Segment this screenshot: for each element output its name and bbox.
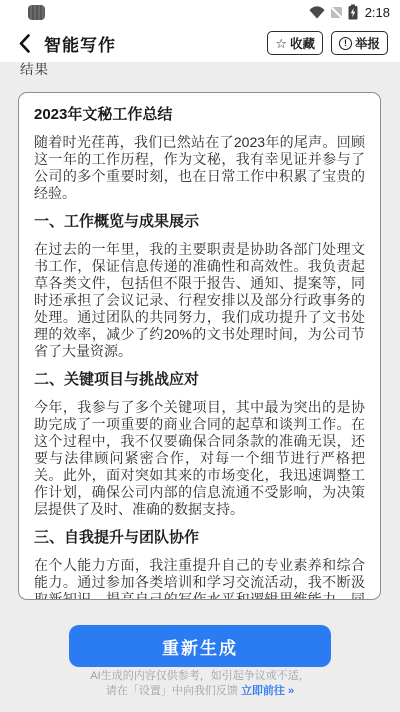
section-heading: 二、关键项目与挑战应对 — [34, 370, 365, 389]
document-title: 2023年文秘工作总结 — [34, 105, 365, 124]
section-heading: 一、工作概览与成果展示 — [34, 212, 365, 231]
status-bar: 2:18 — [0, 0, 400, 24]
nav-header: 智能写作 ☆ 收藏 ! 举报 — [0, 24, 400, 62]
favorite-button-label: 收藏 — [290, 34, 315, 52]
content-area: 结果 2023年文秘工作总结 随着时光荏苒，我们已然站在了2023年的尾声。回顾… — [0, 62, 400, 712]
wifi-icon — [309, 6, 325, 19]
result-section-label: 结果 — [20, 62, 49, 78]
document-paragraph: 在过去的一年里，我的主要职责是协助各部门处理文书工作，保证信息传递的准确性和高效… — [34, 241, 365, 360]
regenerate-button[interactable]: 重新生成 — [69, 625, 331, 667]
section-heading: 三、自我提升与团队协作 — [34, 528, 365, 547]
back-button[interactable] — [12, 31, 36, 55]
battery-charging-icon — [348, 4, 358, 20]
star-icon: ☆ — [275, 37, 287, 50]
disclaimer-line2: 请在「设置」中向我们反馈 立即前往 » — [0, 684, 400, 699]
report-alert-icon: ! — [339, 37, 352, 50]
document-paragraph: 在个人能力方面，我注重提升自己的专业素养和综合能力。通过参加各类培训和学习交流活… — [34, 557, 365, 600]
app-screen: 2:18 智能写作 ☆ 收藏 ! 举报 结果 2023年文秘工作总结 随着时光荏… — [0, 0, 400, 712]
document-paragraph: 今年，我参与了多个关键项目，其中最为突出的是协助完成了一项重要的商业合同的起草和… — [34, 399, 365, 518]
no-signal-icon — [330, 6, 343, 19]
document-paragraph: 随着时光荏苒，我们已然站在了2023年的尾声。回顾这一年的工作历程，作为文秘，我… — [34, 134, 365, 202]
ai-disclaimer: AI生成的内容仅供参考，如引起争议或不适， 请在「设置」中向我们反馈 立即前往 … — [0, 669, 400, 699]
page-title: 智能写作 — [44, 31, 116, 56]
chevron-left-icon — [19, 34, 30, 53]
go-now-link[interactable]: 立即前往 » — [241, 685, 294, 697]
generated-result-card[interactable]: 2023年文秘工作总结 随着时光荏苒，我们已然站在了2023年的尾声。回顾这一年… — [18, 92, 381, 600]
disclaimer-line1: AI生成的内容仅供参考，如引起争议或不适， — [0, 669, 400, 684]
report-button-label: 举报 — [355, 34, 380, 52]
notification-app-icon — [28, 5, 45, 20]
report-button[interactable]: ! 举报 — [331, 31, 388, 55]
clock-time: 2:18 — [365, 5, 390, 20]
favorite-button[interactable]: ☆ 收藏 — [267, 31, 323, 55]
disclaimer-line2-text: 请在「设置」中向我们反馈 — [106, 685, 241, 697]
